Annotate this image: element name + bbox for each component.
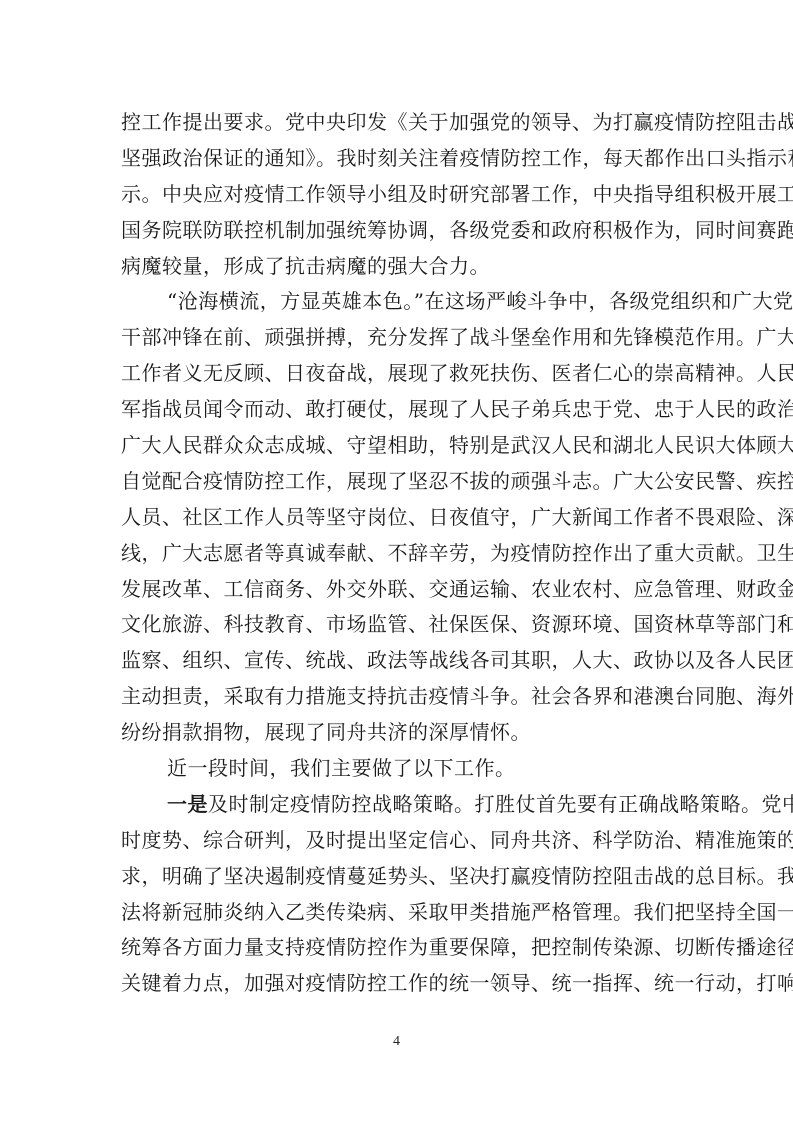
text-line: 文化旅游、科技教育、市场监管、社保医保、资源环境、国资林草等部门和纪检 [121,607,673,643]
text-line: 广大人民群众众志成城、守望相助，特别是武汉人民和湖北人民识大体顾大局、 [121,428,673,464]
text-line: 病魔较量，形成了抗击病魔的强大合力。 [121,249,673,285]
text-line: 干部冲锋在前、顽强拼搏，充分发挥了战斗堡垒作用和先锋模范作用。广大医务 [121,320,673,356]
text-line: 军指战员闻令而动、敢打硬仗，展现了人民子弟兵忠于党、忠于人民的政治品格。 [121,392,673,428]
text-line: 工作者义无反顾、日夜奋战，展现了救死扶伤、医者仁心的崇高精神。人民解放 [121,356,673,392]
text-line: 国务院联防联控机制加强统筹协调，各级党委和政府积极作为，同时间赛跑，与 [121,213,673,249]
text-line: 发展改革、工信商务、外交外联、交通运输、农业农村、应急管理、财政金融、 [121,572,673,608]
text-line: 监察、组织、宣传、统战、政法等战线各司其职，人大、政协以及各人民团体等 [121,643,673,679]
text-line: 时度势、综合研判，及时提出坚定信心、同舟共济、科学防治、精准施策的总要 [121,823,673,859]
text-line: 主动担责，采取有力措施支持抗击疫情斗争。社会各界和港澳台同胞、海外侨胞 [121,679,673,715]
text-line: 近一段时间，我们主要做了以下工作。 [121,751,673,787]
text-line: 人员、社区工作人员等坚守岗位、日夜值守，广大新闻工作者不畏艰险、深入一 [121,500,673,536]
text-line: 线，广大志愿者等真诚奉献、不辞辛劳，为疫情防控作出了重大贡献。卫生健康、 [121,536,673,572]
bold-lead: 一是 [167,792,208,816]
text-line-with-lead: 一是及时制定疫情防控战略策略。打胜仗首先要有正确战略策略。党中央审 [121,787,673,823]
text-line: 示。中央应对疫情工作领导小组及时研究部署工作，中央指导组积极开展工作， [121,177,673,213]
document-page: 控工作提出要求。党中央印发《关于加强党的领导、为打赢疫情防控阻击战提供 坚强政治… [0,0,793,1122]
page-number: 4 [0,1034,793,1050]
text-line: 求，明确了坚决遏制疫情蔓延势头、坚决打赢疫情防控阻击战的总目标。我们依 [121,859,673,895]
text-line: 纷纷捐款捐物，展现了同舟共济的深厚情怀。 [121,715,673,751]
paragraph-1: 控工作提出要求。党中央印发《关于加强党的领导、为打赢疫情防控阻击战提供 坚强政治… [121,105,673,284]
paragraph-2: “沧海横流，方显英雄本色。”在这场严峻斗争中，各级党组织和广大党员、 干部冲锋在… [121,284,673,751]
paragraph-3: 近一段时间，我们主要做了以下工作。 [121,751,673,787]
text-run: 及时制定疫情防控战略策略。打胜仗首先要有正确战略策略。党中央审 [208,792,793,816]
text-line: 法将新冠肺炎纳入乙类传染病、采取甲类措施严格管理。我们把坚持全国一盘棋、 [121,895,673,931]
text-line: 关键着力点，加强对疫情防控工作的统一领导、统一指挥、统一行动，打响了疫 [121,966,673,1002]
text-line: “沧海横流，方显英雄本色。”在这场严峻斗争中，各级党组织和广大党员、 [121,284,673,320]
text-line: 自觉配合疫情防控工作，展现了坚忍不拔的顽强斗志。广大公安民警、疾控工作 [121,464,673,500]
paragraph-4: 一是及时制定疫情防控战略策略。打胜仗首先要有正确战略策略。党中央审 时度势、综合… [121,787,673,1002]
text-line: 统筹各方面力量支持疫情防控作为重要保障，把控制传染源、切断传播途径作为 [121,930,673,966]
page-body: 控工作提出要求。党中央印发《关于加强党的领导、为打赢疫情防控阻击战提供 坚强政治… [121,105,673,1002]
text-line: 坚强政治保证的通知》。我时刻关注着疫情防控工作，每天都作出口头指示和批 [121,141,673,177]
text-line: 控工作提出要求。党中央印发《关于加强党的领导、为打赢疫情防控阻击战提供 [121,105,673,141]
